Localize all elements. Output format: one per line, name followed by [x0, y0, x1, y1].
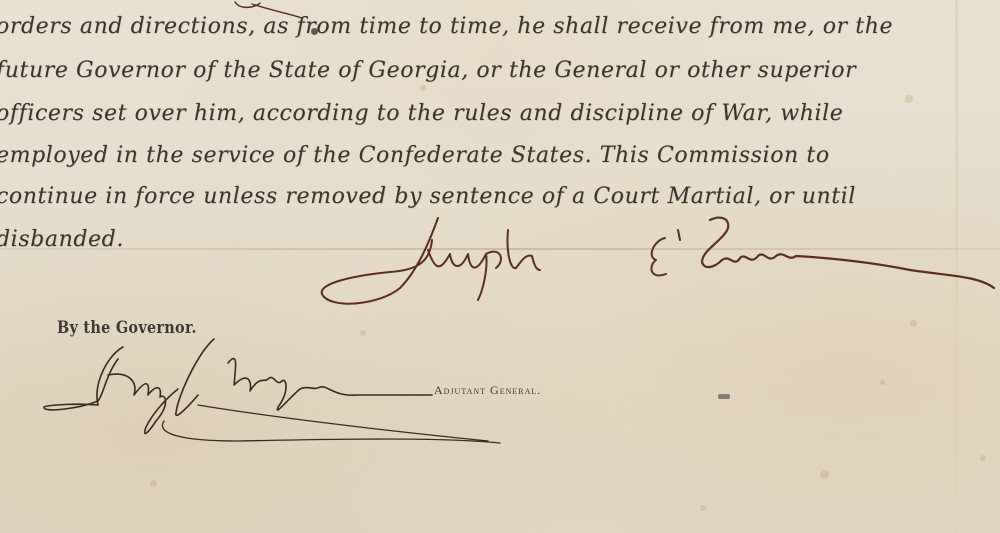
body-line-6: disbanded. [0, 227, 124, 252]
foxing-spot [880, 380, 885, 385]
ink-smudge [718, 394, 730, 399]
body-line-4: employed in the service of the Confedera… [0, 143, 830, 168]
foxing-spot [910, 320, 917, 327]
foxing-spot [820, 470, 829, 479]
body-line-1: orders and directions, as from time to t… [0, 14, 893, 39]
body-line-2: future Governor of the State of Georgia,… [0, 58, 856, 83]
body-line-3: officers set over him, according to the … [0, 101, 843, 126]
body-line-5: continue in force unless removed by sent… [0, 184, 856, 209]
foxing-spot [150, 480, 157, 487]
adjutant-general-title: Adjutant General. [434, 383, 541, 398]
foxing-spot [980, 455, 986, 461]
foxing-spot [905, 95, 913, 103]
document-paper: orders and directions, as from time to t… [0, 0, 1000, 533]
foxing-spot [420, 85, 426, 91]
foxing-spot [700, 505, 706, 511]
governor-signature [310, 210, 1000, 310]
